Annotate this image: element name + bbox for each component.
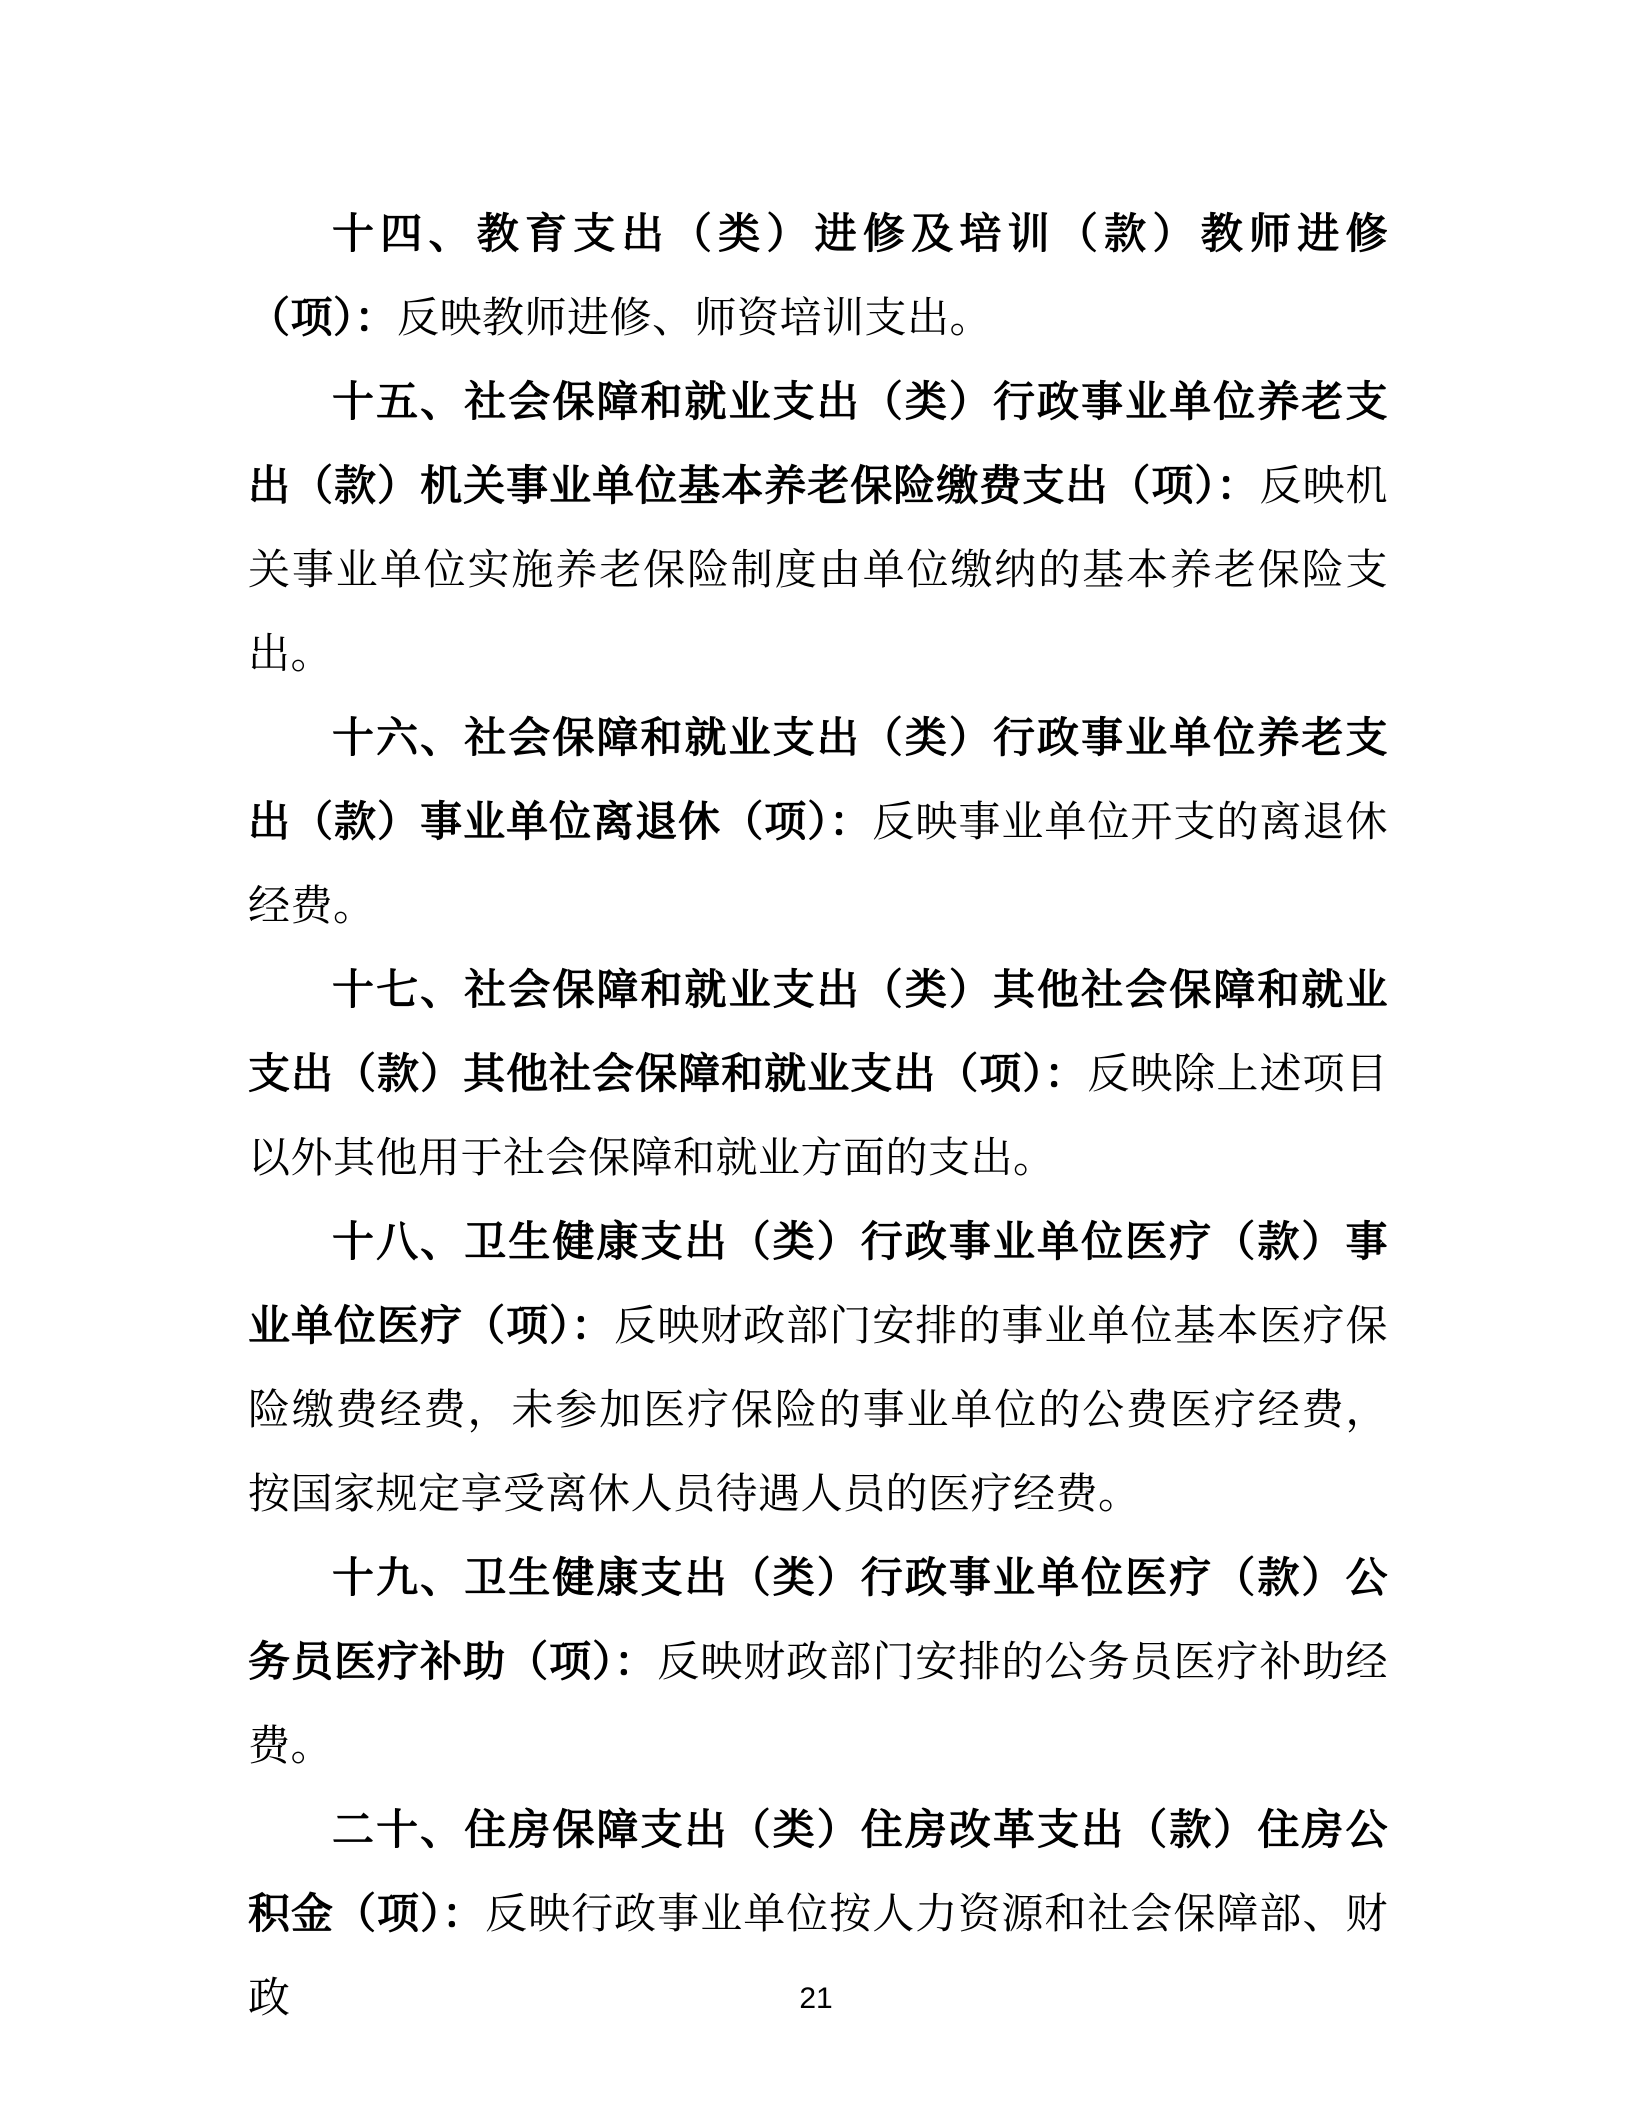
paragraph: 十九、卫生健康支出（类）行政事业单位医疗（款）公务员医疗补助（项）：反映财政部门… [248,1537,1388,1789]
paragraph: 十八、卫生健康支出（类）行政事业单位医疗（款）事业单位医疗（项）：反映财政部门安… [248,1201,1388,1537]
paragraph: 十五、社会保障和就业支出（类）行政事业单位养老支出（款）机关事业单位基本养老保险… [248,361,1388,697]
document-body: 十四、教育支出（类）进修及培训（款）教师进修（项）：反映教师进修、师资培训支出。… [248,193,1388,2041]
paragraph: 十七、社会保障和就业支出（类）其他社会保障和就业支出（款）其他社会保障和就业支出… [248,949,1388,1201]
paragraph-body: 反映教师进修、师资培训支出。 [397,296,992,342]
page-footer: 21 [0,1982,1632,2016]
document-page: 十四、教育支出（类）进修及培训（款）教师进修（项）：反映教师进修、师资培训支出。… [0,0,1632,2112]
paragraph: 十六、社会保障和就业支出（类）行政事业单位养老支出（款）事业单位离退休（项）：反… [248,697,1388,949]
paragraph: 十四、教育支出（类）进修及培训（款）教师进修（项）：反映教师进修、师资培训支出。 [248,193,1388,361]
paragraph-heading: 十五、社会保障和就业支出（类）行政事业单位养老支出（款）机关事业单位基本养老保险… [248,380,1388,510]
page-number: 21 [799,1982,832,2015]
